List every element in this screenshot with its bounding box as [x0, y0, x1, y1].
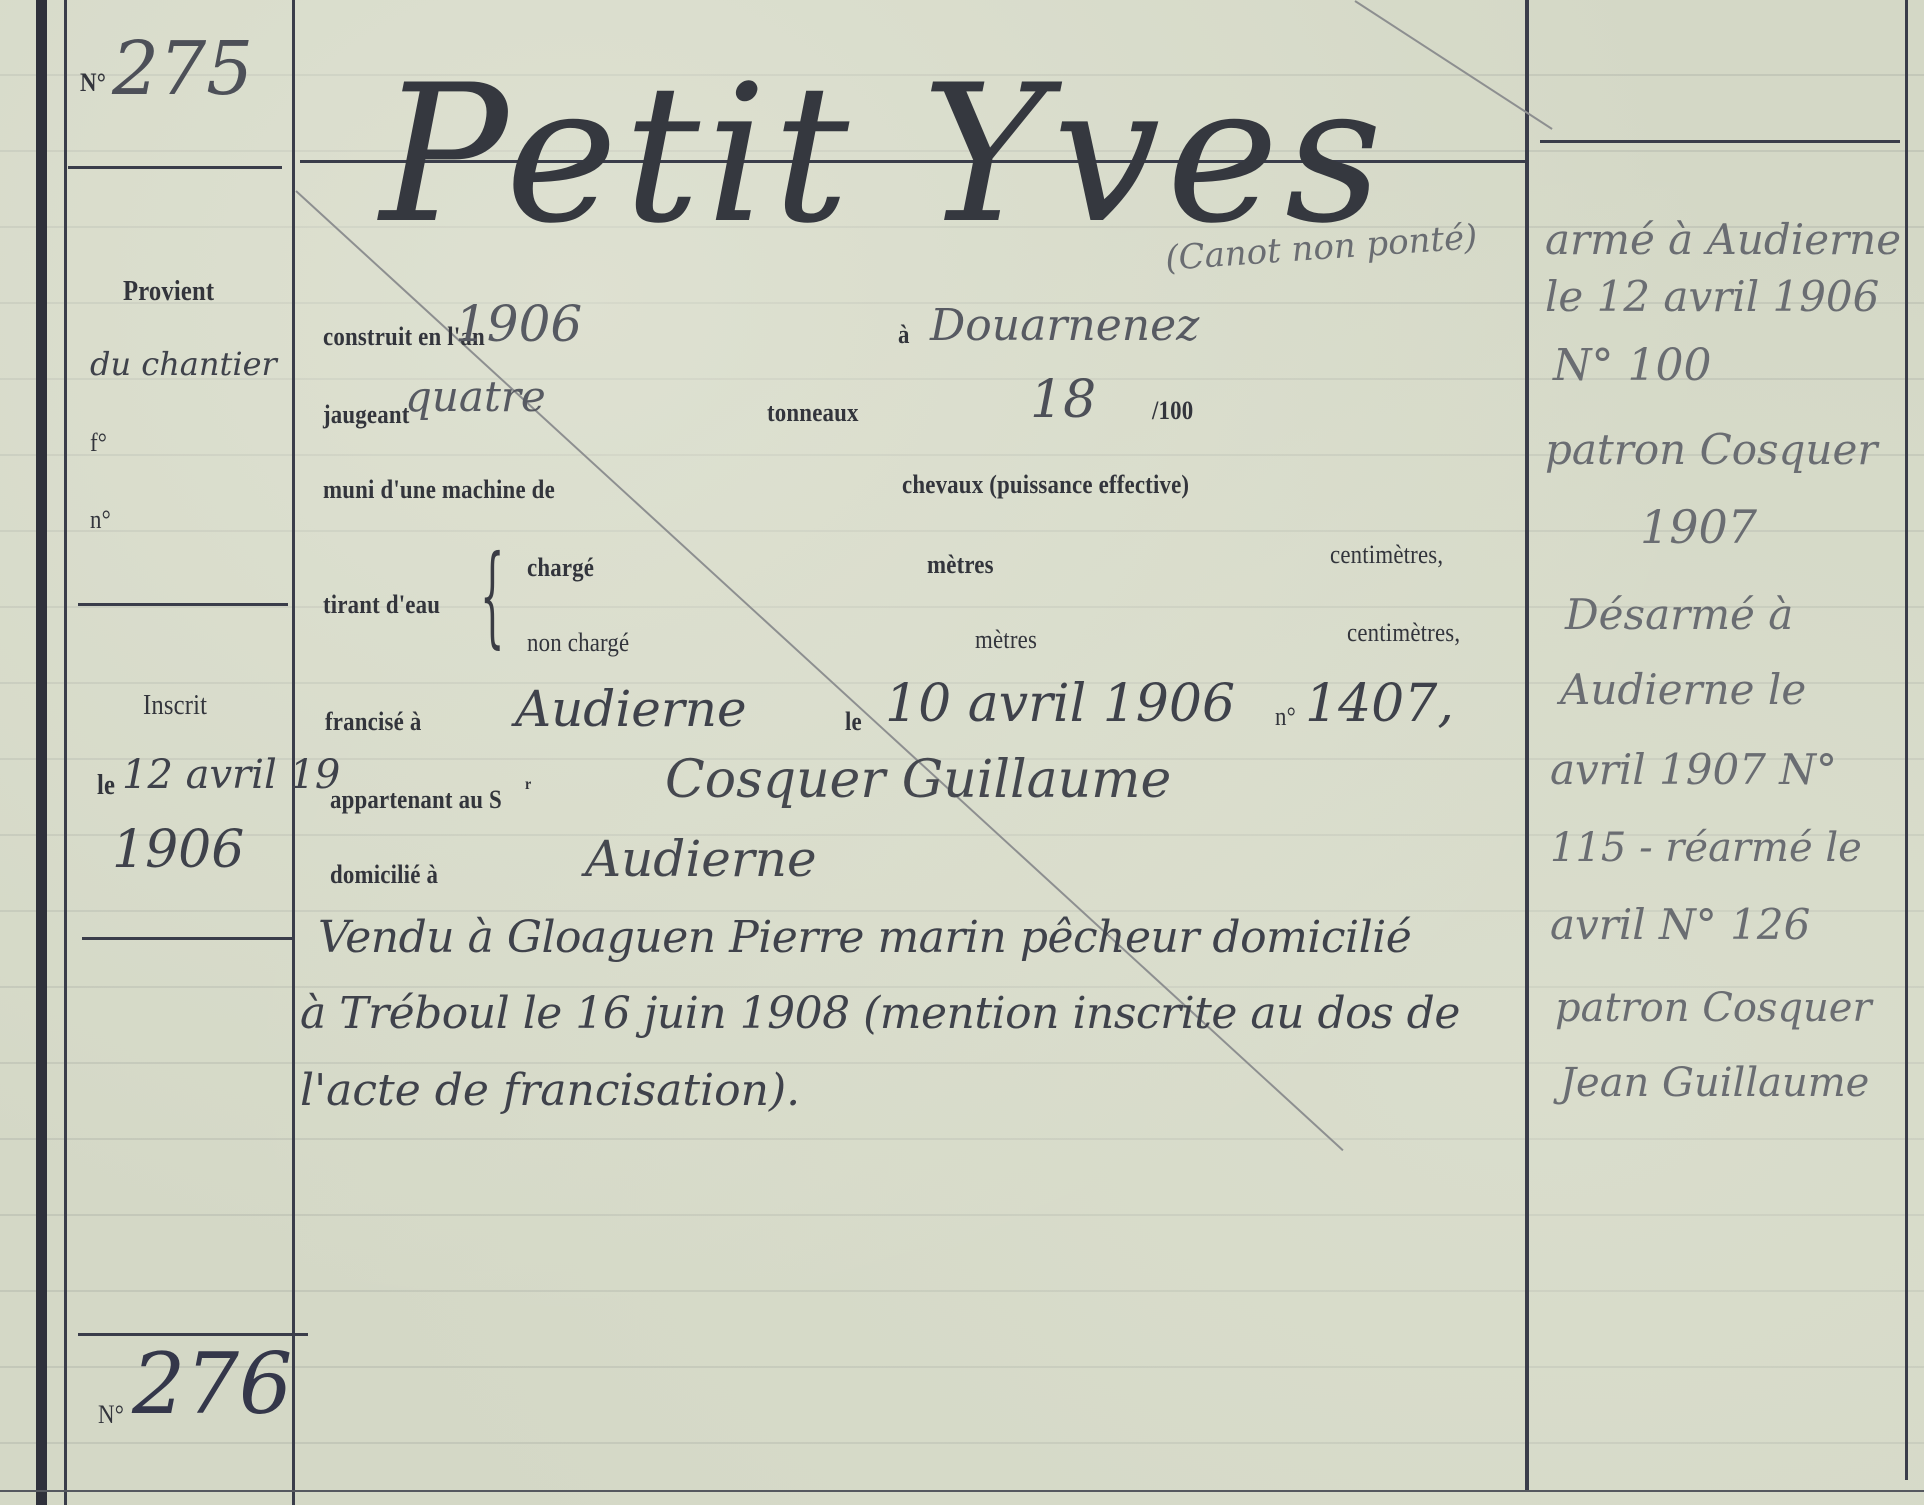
per-hundred-label: /100 — [1152, 396, 1193, 426]
domicilie-label: domicilié à — [330, 860, 438, 890]
numero-label: n° — [90, 505, 111, 535]
entry-number: 275 — [112, 26, 253, 112]
charge-label: chargé — [527, 553, 594, 583]
inscrit-label: Inscrit — [143, 690, 207, 722]
centimetres-label-loaded: centimètres, — [1330, 540, 1443, 570]
tonneaux-fraction: 18 — [1030, 370, 1096, 430]
tirant-label: tirant d'eau — [323, 590, 440, 620]
inscrit-le-label: le — [97, 770, 115, 802]
right-line-6: Désarmé à — [1565, 590, 1793, 639]
note-line-3: l'acte de francisation). — [300, 1065, 800, 1116]
inscrit-year: 1906 — [112, 820, 244, 880]
ship-name: Petit Yves — [380, 60, 1388, 250]
domicile: Audierne — [585, 830, 817, 888]
header-rule-right — [1540, 140, 1900, 143]
right-line-4: patron Cosquer — [1545, 425, 1877, 474]
right-line-5: 1907 — [1640, 500, 1757, 554]
right-line-9: 115 - réarmé le — [1550, 825, 1862, 871]
right-line-12: Jean Guillaume — [1560, 1060, 1869, 1106]
metres-label-unloaded: mètres — [975, 625, 1037, 655]
right-line-2: le 12 avril 1906 — [1545, 272, 1879, 321]
inscrit-date: 12 avril 19 — [122, 752, 340, 798]
brace-icon: { — [480, 540, 505, 650]
next-entry-number-label: N° — [98, 1400, 124, 1430]
right-line-3: N° 100 — [1553, 340, 1711, 391]
francise-place: Audierne — [515, 680, 747, 738]
tonneaux-label: tonneaux — [767, 398, 859, 428]
provient-label: Provient — [123, 276, 214, 308]
next-entry-number: 276 — [132, 1335, 292, 1433]
provient-value: du chantier — [90, 345, 277, 383]
owner-name: Cosquer Guillaume — [665, 750, 1171, 810]
construit-year: 1906 — [455, 295, 582, 353]
header-rule-left — [68, 166, 282, 169]
non-charge-label: non chargé — [527, 628, 629, 658]
machine-label: muni d'une machine de — [323, 475, 555, 505]
construit-a-label: à — [898, 320, 910, 350]
right-line-10: avril N° 126 — [1550, 900, 1810, 949]
inscrit-section-rule — [82, 937, 292, 940]
right-line-1: armé à Audierne — [1545, 215, 1901, 264]
far-right-border — [1905, 0, 1908, 1480]
right-line-11: patron Cosquer — [1555, 985, 1872, 1031]
francise-le-label: le — [845, 707, 862, 737]
francise-date: 10 avril 1906 — [885, 674, 1235, 734]
right-column-divider — [1525, 0, 1529, 1490]
right-line-7: Audierne le — [1560, 665, 1806, 714]
centimetres-label-unloaded: centimètres, — [1347, 618, 1460, 648]
appartenant-sup: r — [525, 776, 531, 794]
left-thin-border — [64, 0, 67, 1505]
jaugeant-value: quatre — [405, 372, 546, 421]
folio-label: f° — [90, 428, 107, 458]
construit-place: Douarnenez — [930, 300, 1199, 351]
appartenant-label: appartenant au S — [330, 785, 502, 815]
provient-section-rule — [78, 603, 288, 606]
francise-number: 1407, — [1305, 674, 1454, 734]
francise-label: francisé à — [325, 707, 421, 737]
entry-number-label: N° — [80, 68, 106, 98]
note-line-1: Vendu à Gloaguen Pierre marin pêcheur do… — [318, 912, 1411, 963]
jaugeant-label: jaugeant — [323, 400, 410, 430]
chevaux-label: chevaux (puissance effective) — [902, 470, 1189, 500]
left-thick-border — [36, 0, 47, 1505]
bottom-rule — [0, 1490, 1924, 1492]
francise-no-label: n° — [1275, 702, 1296, 732]
note-line-2: à Tréboul le 16 juin 1908 (mention inscr… — [300, 988, 1460, 1039]
right-line-8: avril 1907 N° — [1550, 745, 1837, 794]
metres-label-loaded: mètres — [927, 550, 994, 580]
